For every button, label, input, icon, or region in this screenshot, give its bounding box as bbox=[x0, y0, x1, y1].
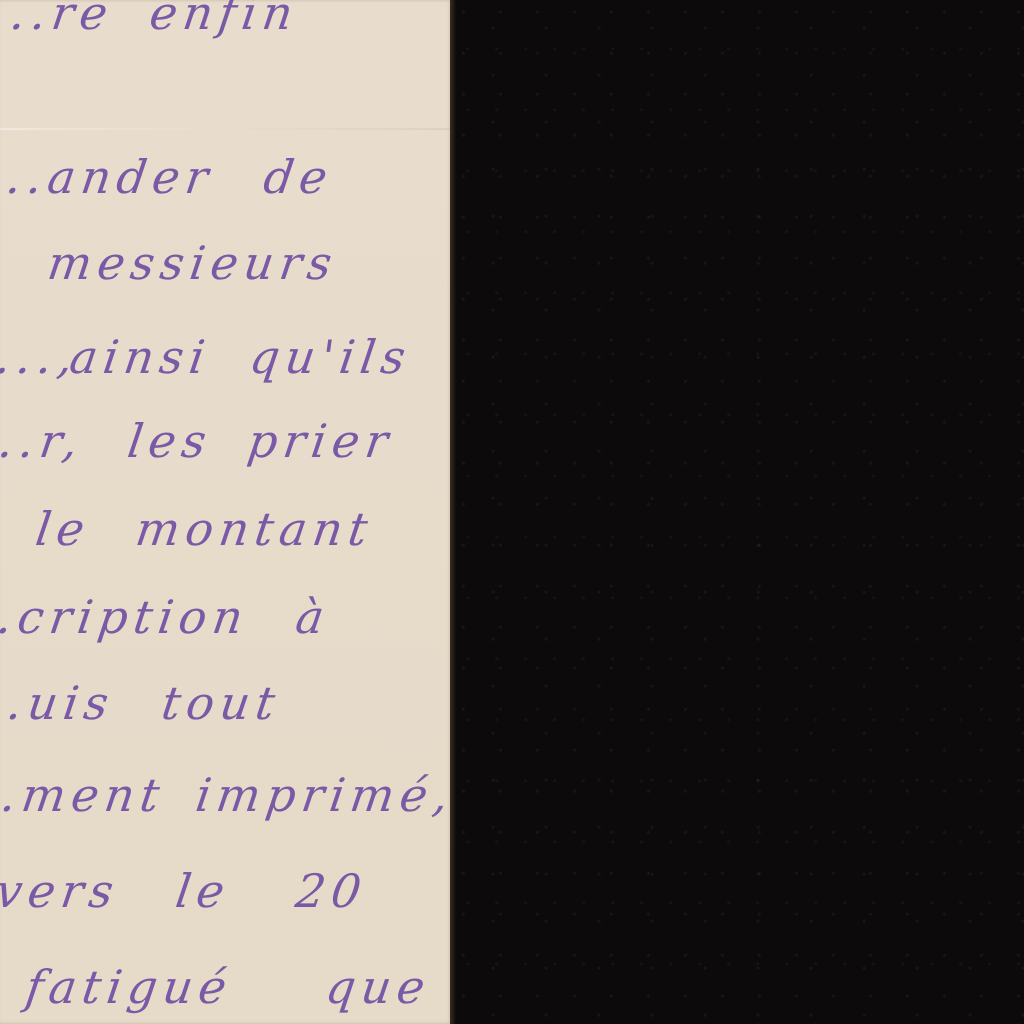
word: vers bbox=[0, 864, 123, 918]
word: de bbox=[260, 150, 336, 204]
word: ainsi bbox=[66, 330, 214, 384]
paper-edge-shadow bbox=[450, 0, 456, 1024]
word: ...ment bbox=[0, 768, 169, 822]
word: ...r, bbox=[0, 414, 87, 468]
word: que bbox=[322, 960, 434, 1014]
word: prier bbox=[244, 414, 397, 468]
word: messieurs bbox=[44, 236, 341, 290]
word: ...ander bbox=[0, 150, 218, 204]
word: à bbox=[292, 590, 333, 644]
word: enfin bbox=[146, 0, 302, 40]
word: ...re bbox=[0, 0, 117, 40]
word: le bbox=[172, 864, 234, 918]
word: tout bbox=[158, 676, 284, 730]
word: 20 bbox=[292, 864, 370, 918]
black-backdrop bbox=[456, 0, 1024, 1024]
word: fatigué bbox=[22, 960, 236, 1014]
word: imprimé, bbox=[192, 768, 458, 822]
letter-page: ...re enfin ...ander de messieurs ..., a… bbox=[0, 0, 452, 1024]
word: les bbox=[124, 414, 215, 468]
word: le bbox=[32, 502, 94, 556]
word: ...uis bbox=[0, 676, 118, 730]
word: ...cription bbox=[0, 590, 252, 644]
word: montant bbox=[132, 502, 377, 556]
word: qu'ils bbox=[246, 330, 414, 384]
paper-fold-line bbox=[0, 128, 452, 130]
scanned-document: ...re enfin ...ander de messieurs ..., a… bbox=[0, 0, 1024, 1024]
